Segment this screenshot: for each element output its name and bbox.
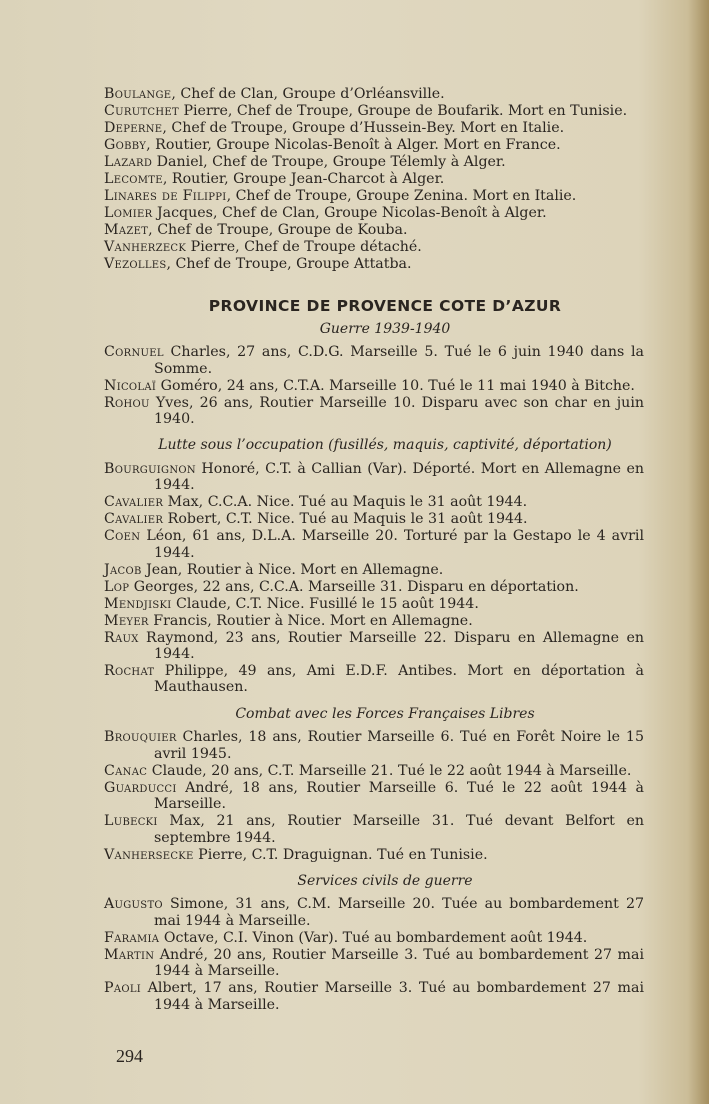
surname: Brouquier	[104, 729, 177, 745]
list-item: Lazard Daniel, Chef de Troupe, Groupe Té…	[104, 154, 644, 170]
book-page: Boulange, Chef de Clan, Groupe d’Orléans…	[0, 0, 709, 1104]
surname: Bourguignon	[104, 461, 196, 477]
surname: Cornuel	[104, 344, 164, 360]
list-item: Vezolles, Chef de Troupe, Groupe Attatba…	[104, 256, 644, 272]
surname: Raux	[104, 630, 139, 646]
section-services-civils: Services civils de guerre Augusto Simone…	[104, 873, 644, 1013]
surname: Deperne	[104, 120, 162, 136]
list-item: Martin André, 20 ans, Routier Marseille …	[104, 947, 644, 980]
surname: Faramia	[104, 930, 159, 946]
section-heading: Combat avec les Forces Françaises Libres	[126, 706, 644, 722]
section-heading: Guerre 1939-1940	[126, 321, 644, 337]
surname: Coen	[104, 528, 140, 544]
list-item: Guarducci André, 18 ans, Routier Marseil…	[104, 780, 644, 813]
list-item: Augusto Simone, 31 ans, C.M. Marseille 2…	[104, 896, 644, 929]
section-guerre-1939-1940: Guerre 1939-1940 Cornuel Charles, 27 ans…	[104, 321, 644, 428]
list-item: Rohou Yves, 26 ans, Routier Marseille 10…	[104, 395, 644, 428]
surname: Guarducci	[104, 780, 177, 796]
surname: Boulange	[104, 86, 171, 102]
surname: Rohou	[104, 395, 150, 411]
surname: Lazard	[104, 154, 152, 170]
surname: Nicolaï	[104, 378, 156, 394]
list-item: Bourguignon Honoré, C.T. à Callian (Var)…	[104, 461, 644, 494]
surname: Paoli	[104, 980, 141, 996]
list-item: Cavalier Max, C.C.A. Nice. Tué au Maquis…	[104, 494, 644, 510]
list-item: Lomier Jacques, Chef de Clan, Groupe Nic…	[104, 205, 644, 221]
section-heading: Services civils de guerre	[126, 873, 644, 889]
surname: Augusto	[104, 896, 163, 912]
surname: Martin	[104, 947, 154, 963]
list-item: Faramia Octave, C.I. Vinon (Var). Tué au…	[104, 930, 644, 946]
list-item: Brouquier Charles, 18 ans, Routier Marse…	[104, 729, 644, 762]
surname: Cavalier	[104, 511, 163, 527]
list-item: Deperne, Chef de Troupe, Groupe d’Hussei…	[104, 120, 644, 136]
surname: Jacob	[104, 562, 142, 578]
list-item: Raux Raymond, 23 ans, Routier Marseille …	[104, 630, 644, 663]
list-item: Lop Georges, 22 ans, C.C.A. Marseille 31…	[104, 579, 644, 595]
surname: Mazet	[104, 222, 148, 238]
surname: Curutchet	[104, 103, 179, 119]
surname: Gobby	[104, 137, 146, 153]
list-item: Mazet, Chef de Troupe, Groupe de Kouba.	[104, 222, 644, 238]
list-item: Mendjiski Claude, C.T. Nice. Fusillé le …	[104, 596, 644, 612]
surname: Mendjiski	[104, 596, 172, 612]
list-item: Lecomte, Routier, Groupe Jean-Charcot à …	[104, 171, 644, 187]
surname: Vanherzeck	[104, 239, 186, 255]
top-entry-list: Boulange, Chef de Clan, Groupe d’Orléans…	[104, 86, 644, 272]
surname: Vezolles	[104, 256, 167, 272]
surname: Meyer	[104, 613, 149, 629]
list-item: Boulange, Chef de Clan, Groupe d’Orléans…	[104, 86, 644, 102]
surname: Vanhersecke	[104, 847, 194, 863]
list-item: Paoli Albert, 17 ans, Routier Marseille …	[104, 980, 644, 1013]
list-item: Jacob Jean, Routier à Nice. Mort en Alle…	[104, 562, 644, 578]
list-item: Gobby, Routier, Groupe Nicolas-Benoît à …	[104, 137, 644, 153]
page-number: 294	[116, 1046, 143, 1067]
list-item: Lubecki Max, 21 ans, Routier Marseille 3…	[104, 813, 644, 846]
list-item: Vanhersecke Pierre, C.T. Draguignan. Tué…	[104, 847, 644, 863]
page-content: Boulange, Chef de Clan, Groupe d’Orléans…	[104, 86, 644, 1014]
section-heading: Lutte sous l’occupation (fusillés, maqui…	[126, 437, 644, 453]
surname: Canac	[104, 763, 147, 779]
list-item: Rochat Philippe, 49 ans, Ami E.D.F. Anti…	[104, 663, 644, 696]
surname: Rochat	[104, 663, 154, 679]
list-item: Meyer Francis, Routier à Nice. Mort en A…	[104, 613, 644, 629]
list-item: Linares de Filippi, Chef de Troupe, Grou…	[104, 188, 644, 204]
list-item: Coen Léon, 61 ans, D.L.A. Marseille 20. …	[104, 528, 644, 561]
list-item: Canac Claude, 20 ans, C.T. Marseille 21.…	[104, 763, 644, 779]
surname: Cavalier	[104, 494, 163, 510]
list-item: Curutchet Pierre, Chef de Troupe, Groupe…	[104, 103, 644, 119]
section-lutte-occupation: Lutte sous l’occupation (fusillés, maqui…	[104, 437, 644, 695]
list-item: Cornuel Charles, 27 ans, C.D.G. Marseill…	[104, 344, 644, 377]
surname: Linares de Filippi	[104, 188, 227, 204]
list-item: Nicolaï Goméro, 24 ans, C.T.A. Marseille…	[104, 378, 644, 394]
list-item: Vanherzeck Pierre, Chef de Troupe détach…	[104, 239, 644, 255]
province-title: PROVINCE DE PROVENCE COTE D’AZUR	[126, 298, 644, 314]
surname: Lomier	[104, 205, 152, 221]
surname: Lecomte	[104, 171, 163, 187]
section-forces-francaises-libres: Combat avec les Forces Françaises Libres…	[104, 706, 644, 863]
surname: Lop	[104, 579, 129, 595]
surname: Lubecki	[104, 813, 158, 829]
list-item: Cavalier Robert, C.T. Nice. Tué au Maqui…	[104, 511, 644, 527]
